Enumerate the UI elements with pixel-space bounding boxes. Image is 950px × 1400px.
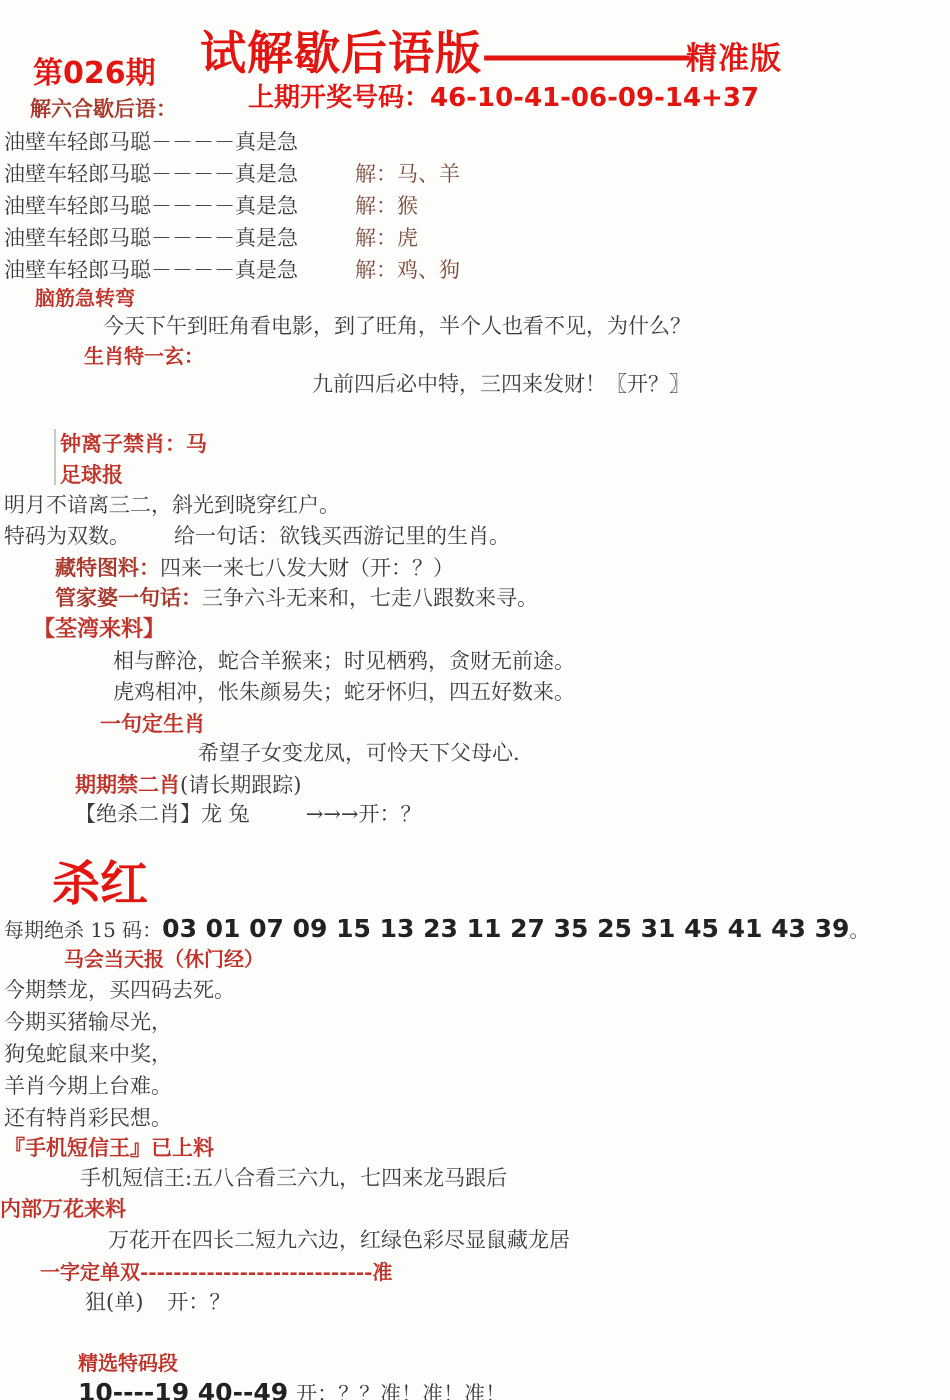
special-segment-result: 开：？？准！准！准！	[296, 1382, 506, 1400]
ban-two-pair: 【绝杀二肖】龙 兔	[75, 802, 250, 826]
riddle-text: 油壁车轻郎马聪－－－－真是急	[4, 258, 298, 282]
special-segment-numbers: 10----19 40--49	[78, 1378, 288, 1400]
odd-even-heading-text: 一字定单双	[40, 1260, 140, 1284]
ban-two-line: 【绝杀二肖】龙 兔→→→开：？	[75, 803, 421, 826]
sms-king-heading: 『手机短信王』已上料	[4, 1136, 214, 1159]
wanhua-line: 万花开在四长二短九六边，红绿色彩尽显鼠藏龙居	[108, 1229, 570, 1252]
issue-number: 第026期	[33, 57, 156, 90]
ma-hui-line: 今期买猪输尽光，	[4, 1011, 172, 1034]
riddle-answer: 解：鸡、狗	[355, 259, 460, 282]
title-dashes: ——————	[482, 33, 686, 79]
riddle-answer: 解：虎	[355, 227, 418, 250]
lottery-tip-sheet: 试解歇后语版——————精准版 第026期 上期开奖号码：46-10-41-06…	[0, 0, 950, 1400]
football-line-1: 明月不谙离三二，斜光到晓穿红户。	[4, 494, 340, 517]
hidden-pic-label: 藏特图料：	[55, 555, 160, 580]
odd-even-pick: 狙(单)	[85, 1290, 143, 1314]
wanhua-heading: 内部万花来料	[0, 1197, 126, 1220]
housekeeper-text: 三争六斗无来和，七走八跟数来寻。	[202, 586, 538, 610]
sms-king-line: 手机短信王:五八合看三六九，七四来龙马跟后	[80, 1167, 507, 1190]
hidden-pic-text: 四来一来七八发大财（开：？）	[160, 556, 454, 580]
tsuen-wan-line-1: 相与醉沧，蛇合羊猴来；时见栖鸦，贪财无前途。	[113, 650, 575, 673]
tsuen-wan-heading: 【荃湾来料】	[33, 617, 165, 641]
odd-even-suffix: 准	[372, 1260, 392, 1284]
ban-two-result: →→→开：？	[306, 802, 422, 826]
ma-hui-line: 狗兔蛇鼠来中奖，	[4, 1043, 172, 1066]
riddle-answer: 解：马、羊	[355, 163, 460, 186]
football-line-2b: 给一句话：欲钱买西游记里的生肖。	[174, 524, 510, 548]
scan-artifact-line	[54, 429, 56, 485]
zodiac-hint-line: 九前四后必中特，三四来发财！〖开？〗	[312, 373, 690, 396]
brain-teaser-heading: 脑筋急转弯	[35, 287, 135, 309]
title-suffix: 精准版	[686, 41, 782, 77]
odd-even-dashes: ----------------------------	[140, 1260, 372, 1284]
riddle-row: 油壁车轻郎马聪－－－－真是急解：马、羊	[0, 163, 950, 186]
riddle-row: 油壁车轻郎马聪－－－－真是急解：虎	[0, 227, 950, 250]
football-report-heading: 足球报	[60, 463, 123, 486]
housekeeper-line: 管家婆一句话：三争六斗无来和，七走八跟数来寻。	[55, 586, 538, 610]
kill-numbers-label: 每期绝杀 15 码：	[4, 918, 162, 942]
riddle-text: 油壁车轻郎马聪－－－－真是急	[4, 130, 298, 154]
odd-even-heading: 一字定单双----------------------------准	[40, 1261, 392, 1283]
last-draw-numbers: 上期开奖号码：46-10-41-06-09-14+37	[248, 84, 759, 113]
zodiac-hint-heading: 生肖特一玄：	[84, 345, 204, 367]
ma-hui-line: 还有特肖彩民想。	[4, 1107, 172, 1130]
riddle-text: 油壁车轻郎马聪－－－－真是急	[4, 162, 298, 186]
ban-two-heading: 期期禁二肖(请长期跟踪)	[75, 773, 301, 797]
tsuen-wan-line-2: 虎鸡相冲，怅朱颜易失；蛇牙怀归，四五好数来。	[113, 681, 575, 704]
kill-numbers: 03 01 07 09 15 13 23 11 27 35 25 31 45 4…	[162, 914, 849, 943]
riddle-text: 油壁车轻郎马聪－－－－真是急	[4, 194, 298, 218]
odd-even-result: 开：？	[167, 1290, 230, 1314]
ma-hui-line: 羊肖今期上台难。	[4, 1075, 172, 1098]
kill-numbers-tail: 。	[849, 918, 869, 942]
one-sentence-line: 希望子女变龙凤，可怜天下父母心.	[198, 742, 520, 765]
odd-even-line: 狙(单)开：？	[85, 1291, 230, 1314]
page-title: 试解歇后语版——————精准版	[200, 28, 782, 79]
riddle-row: 油壁车轻郎马聪－－－－真是急	[0, 131, 950, 154]
one-sentence-heading: 一句定生肖	[100, 712, 205, 735]
ma-hui-heading: 马会当天报（休门经）	[64, 948, 264, 970]
housekeeper-label: 管家婆一句话：	[55, 585, 202, 610]
riddle-answer: 解：猴	[355, 195, 418, 218]
ban-two-note: (请长期跟踪)	[180, 773, 301, 797]
hidden-pic-line: 藏特图料：四来一来七八发大财（开：？）	[55, 556, 454, 580]
football-line-2: 特码为双数。给一句话：欲钱买西游记里的生肖。	[4, 525, 510, 548]
ban-zodiac-heading: 钟离子禁肖：马	[60, 432, 207, 455]
kill-numbers-line: 每期绝杀 15 码：03 01 07 09 15 13 23 11 27 35 …	[4, 915, 869, 943]
title-main-text: 试解歇后语版	[200, 26, 482, 80]
special-segment-line: 10----19 40--49开：？？准！准！准！	[78, 1379, 506, 1400]
riddle-row: 油壁车轻郎马聪－－－－真是急解：猴	[0, 195, 950, 218]
ma-hui-line: 今期禁龙，买四码去死。	[4, 979, 235, 1002]
brain-teaser-question: 今天下午到旺角看电影，到了旺角，半个人也看不见，为什么？	[103, 315, 691, 338]
special-segment-heading: 精选特码段	[78, 1352, 178, 1374]
ban-two-heading-text: 期期禁二肖	[75, 772, 180, 797]
sha-hong-heading: 杀红	[52, 858, 148, 911]
riddle-text: 油壁车轻郎马聪－－－－真是急	[4, 226, 298, 250]
riddle-row: 油壁车轻郎马聪－－－－真是急解：鸡、狗	[0, 259, 950, 282]
football-line-2a: 特码为双数。	[4, 524, 130, 548]
section-label-riddles: 解六合歇后语：	[30, 97, 177, 120]
